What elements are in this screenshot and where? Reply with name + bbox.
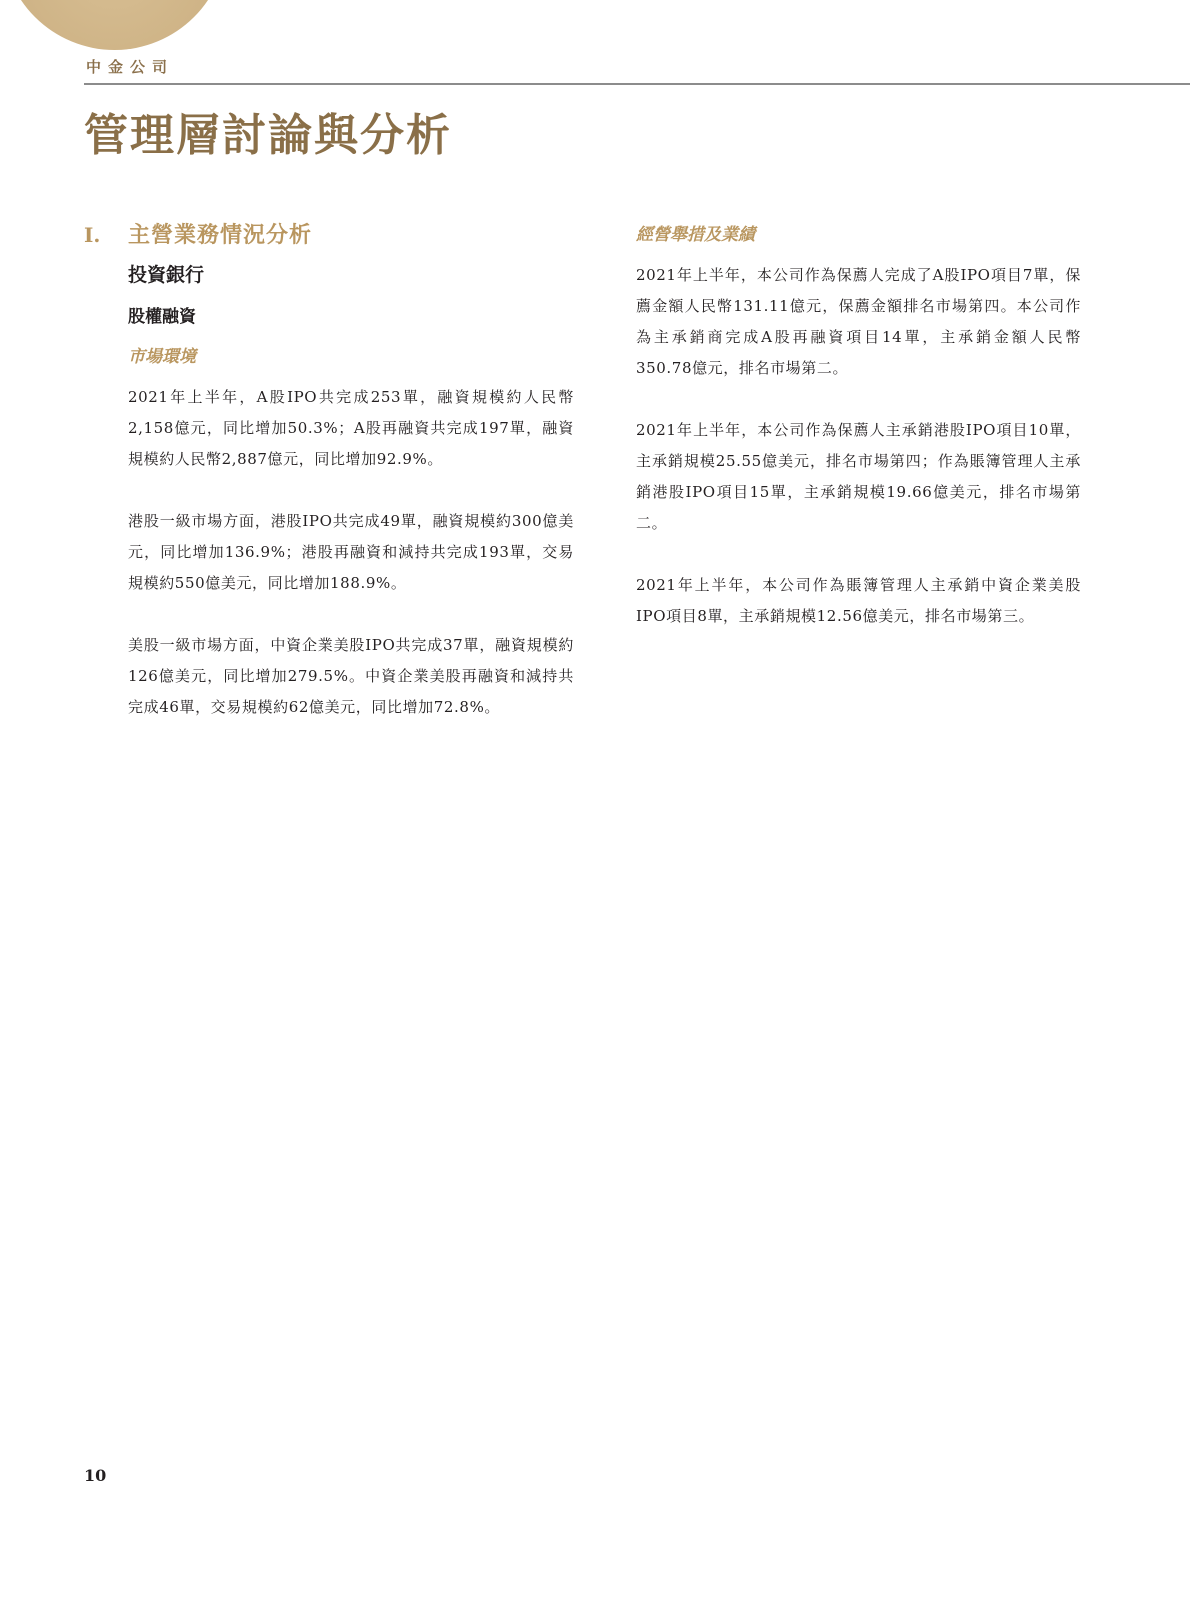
paragraph-hk-performance: 2021年上半年，本公司作為保薦人主承銷港股IPO項目10單，主承銷規模25.5… <box>636 415 1081 539</box>
left-column: I. 主營業務情況分析 投資銀行 股權融資 市場環境 2021年上半年，A股IP… <box>84 218 574 723</box>
page-number: 10 <box>84 1466 106 1485</box>
subheading-market-environment: 市場環境 <box>128 342 574 368</box>
subheading-equity-financing: 股權融資 <box>128 302 574 328</box>
paragraph-hk-market: 港股一級市場方面，港股IPO共完成49單，融資規模約300億美元，同比增加136… <box>128 506 574 599</box>
decorative-gold-circle <box>2 0 227 50</box>
paragraph-us-market: 美股一級市場方面，中資企業美股IPO共完成37單，融資規模約126億美元，同比增… <box>128 630 574 723</box>
paragraph-us-performance: 2021年上半年，本公司作為賬簿管理人主承銷中資企業美股IPO項目8單，主承銷規… <box>636 570 1081 632</box>
section-number: I. <box>84 223 128 247</box>
subheading-operations-performance: 經營舉措及業績 <box>636 220 1081 246</box>
right-column: 經營舉措及業績 2021年上半年，本公司作為保薦人完成了A股IPO項目7單，保薦… <box>636 218 1081 632</box>
section-title: 主營業務情況分析 <box>128 218 312 249</box>
subheading-investment-banking: 投資銀行 <box>128 260 574 288</box>
header-divider <box>84 83 1190 85</box>
paragraph-a-share-performance: 2021年上半年，本公司作為保薦人完成了A股IPO項目7單，保薦金額人民幣131… <box>636 260 1081 384</box>
section-heading: I. 主營業務情況分析 <box>84 218 574 250</box>
paragraph-a-share-market: 2021年上半年，A股IPO共完成253單，融資規模約人民幣2,158億元，同比… <box>128 382 574 475</box>
section-body: 投資銀行 股權融資 市場環境 2021年上半年，A股IPO共完成253單，融資規… <box>128 260 574 723</box>
company-name: 中金公司 <box>86 56 174 77</box>
page-title: 管理層討論與分析 <box>84 108 452 164</box>
